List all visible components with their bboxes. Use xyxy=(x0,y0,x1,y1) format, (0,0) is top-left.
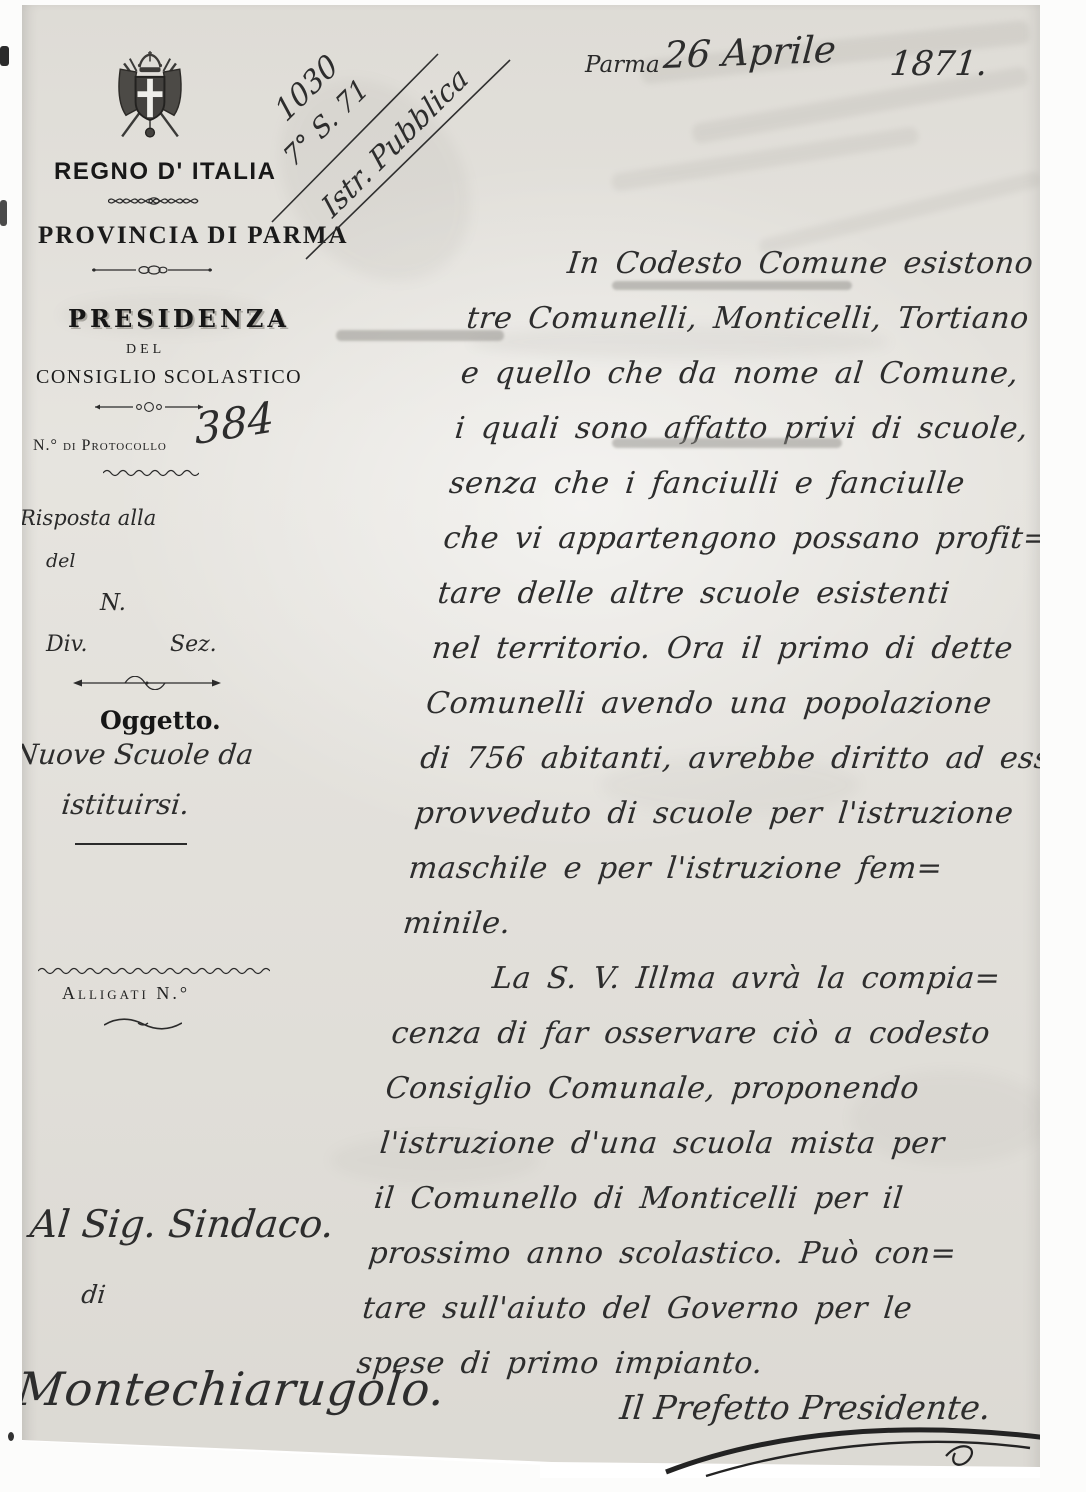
reply-to-label: Risposta alla xyxy=(20,506,156,530)
subject-label: Oggetto. xyxy=(100,706,221,735)
subject-underline xyxy=(75,843,187,845)
dateline-year: 1871. xyxy=(888,44,990,84)
recipient-line3: Montechiarugolo. xyxy=(14,1362,448,1416)
divider-ornament xyxy=(108,195,200,207)
body-line: tare delle altre scuole esistenti xyxy=(435,566,1086,621)
body-line: senza che i fanciulli e fanciulle xyxy=(446,456,1086,511)
body-line: l'istruzione d'una scuola mista per xyxy=(377,1116,1083,1171)
presidency-title: PRESIDENZA xyxy=(68,304,290,333)
body-line: che vi appartengono possano profit= xyxy=(441,511,1086,566)
body-line: prossimo anno scolastico. Può con= xyxy=(366,1226,1072,1281)
diagonal-registry-annotation: 1030 7° S. 71 Istr. Pubblica xyxy=(262,26,522,266)
flourish-ornament xyxy=(104,1018,182,1030)
council-title: CONSIGLIO SCOLASTICO xyxy=(36,366,302,389)
body-line: cenza di far osservare ciò a codesto xyxy=(389,1006,1086,1061)
body-line: nel territorio. Ora il primo di dette xyxy=(429,621,1086,676)
presidency-del: DEL xyxy=(126,342,165,358)
divider-ornament xyxy=(95,400,203,414)
scan-edge-mark xyxy=(0,200,7,226)
subject-value-line2: istituirsi. xyxy=(60,788,191,821)
body-line: minile. xyxy=(400,896,1086,951)
reply-del-label: del xyxy=(46,550,75,572)
body-line: maschile e per l'istruzione fem= xyxy=(406,841,1086,896)
body-line: e quello che da nome al Comune, xyxy=(458,346,1086,401)
protocol-number-label: N.° di Protocollo xyxy=(33,437,167,455)
division-label: Div. xyxy=(46,632,88,657)
wavy-rule xyxy=(38,966,270,976)
arrow-divider-ornament xyxy=(73,676,221,690)
scan-edge-bottom xyxy=(0,1478,1086,1492)
scan-edge-mark xyxy=(0,46,9,66)
body-line: provveduto di scuole per l'istruzione xyxy=(412,786,1086,841)
body-line: di 756 abitanti, avrebbe diritto ad esse… xyxy=(418,731,1086,786)
scan-edge-right xyxy=(1040,0,1086,1492)
body-line: La S. V. Illma avrà la compia= xyxy=(394,951,1086,1006)
body-line: tre Comunelli, Monticelli, Tortiano xyxy=(464,291,1086,346)
letter-body: In Codesto Comune esistono tre Comunelli… xyxy=(354,236,1086,1391)
body-line: Consiglio Comunale, proponendo xyxy=(383,1061,1086,1116)
pencil-underline xyxy=(612,281,852,290)
reply-number-label: N. xyxy=(100,590,126,616)
scan-edge-mark xyxy=(8,1432,14,1441)
kingdom-title: REGNO D' ITALIA xyxy=(54,158,276,186)
body-line: il Comunello di Monticelli per il xyxy=(371,1171,1077,1226)
recipient-line2: di xyxy=(80,1280,107,1309)
attachments-label: Alligati N.° xyxy=(62,983,190,1004)
pencil-underline xyxy=(612,438,842,448)
pencil-underline xyxy=(336,330,504,341)
section-label: Sez. xyxy=(170,632,217,657)
subject-value-line1: Nuove Scuole da xyxy=(12,738,255,771)
body-line: Comunelli avendo una popolazione xyxy=(423,676,1086,731)
divider-ornament xyxy=(92,264,212,276)
pen-flourish-signature-icon xyxy=(650,1408,1070,1478)
coat-of-arms-icon xyxy=(106,50,194,146)
dateline-place: Parma xyxy=(585,52,660,78)
body-line: tare sull'aiuto del Governo per le xyxy=(360,1281,1066,1336)
wavy-rule xyxy=(103,468,199,478)
body-line: spese di primo impianto. xyxy=(354,1336,1060,1391)
scanned-letter-page: REGNO D' ITALIA PROVINCIA DI PARMA PRESI… xyxy=(0,0,1086,1492)
dateline-day-month: 26 Aprile xyxy=(662,28,837,77)
scan-edge-top xyxy=(0,0,1086,5)
recipient-line1: Al Sig. Sindaco. xyxy=(28,1202,336,1246)
